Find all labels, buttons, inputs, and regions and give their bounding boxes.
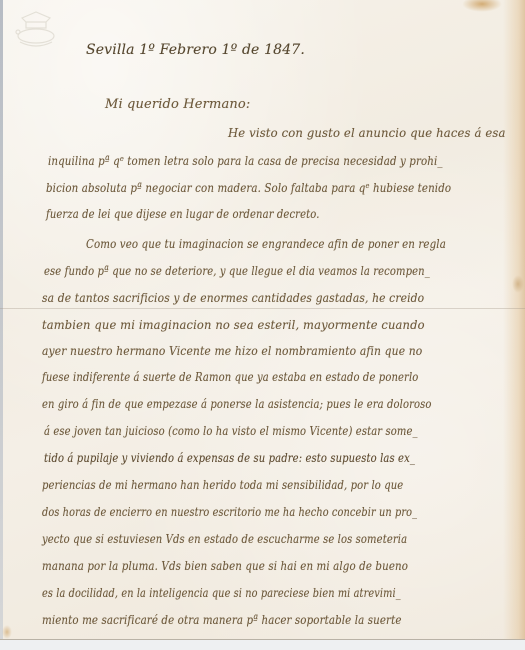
letter-line: ese fundo pª que no se deteriore, y que … — [44, 263, 430, 278]
letter-line: yecto que si estuviesen Vds en estado de… — [42, 531, 407, 546]
letter-line: He visto con gusto el anuncio que haces … — [228, 125, 506, 140]
embossed-crest-icon — [10, 8, 62, 50]
letter-line: es la docilidad, en la inteligencia que … — [42, 585, 401, 600]
letter-line: fuese indiferente á suerte de Ramon que … — [42, 369, 418, 384]
letter-line: en giro á fin de que empezase á ponerse … — [42, 396, 432, 411]
letter-line: fuerza de lei que dijese en lugar de ord… — [46, 206, 320, 221]
letter-line: manana por la pluma. Vds bien saben que … — [42, 558, 408, 573]
water-stain — [512, 275, 524, 293]
dateline: Sevilla 1º Febrero 1º de 1847. — [86, 42, 305, 58]
letter-line: tambien que mi imaginacion no sea esteri… — [42, 317, 425, 332]
letter-line: ayer nuestro hermano Vicente me hizo el … — [42, 343, 422, 358]
letter-page: Sevilla 1º Febrero 1º de 1847. Mi querid… — [0, 0, 525, 650]
letter-line: inquilina pª qᵉ tomen letra solo para la… — [48, 153, 443, 168]
letter-line: Como veo que tu imaginacion se engrandec… — [86, 236, 446, 251]
letter-line: á ese joven tan juicioso (como lo ha vis… — [44, 423, 418, 438]
letter-line: bicion absoluta pª negociar con madera. … — [46, 180, 451, 195]
water-stain — [2, 625, 12, 639]
water-stain — [462, 0, 502, 12]
letter-line: miento me sacrificaré de otra manera pª … — [42, 612, 402, 627]
letter-line: dos horas de encierro en nuestro escrito… — [42, 504, 417, 519]
scan-left-edge — [0, 0, 3, 640]
salutation: Mi querido Hermano: — [105, 97, 250, 112]
fold-crease — [0, 308, 525, 309]
letter-line: tido á pupilaje y viviendo á expensas de… — [44, 450, 415, 465]
scan-bottom-border — [0, 639, 525, 650]
paper-stained-edge — [503, 0, 525, 640]
letter-line: sa de tantos sacrificios y de enormes ca… — [42, 290, 424, 305]
letter-line: periencias de mi hermano han herido toda… — [42, 477, 403, 492]
